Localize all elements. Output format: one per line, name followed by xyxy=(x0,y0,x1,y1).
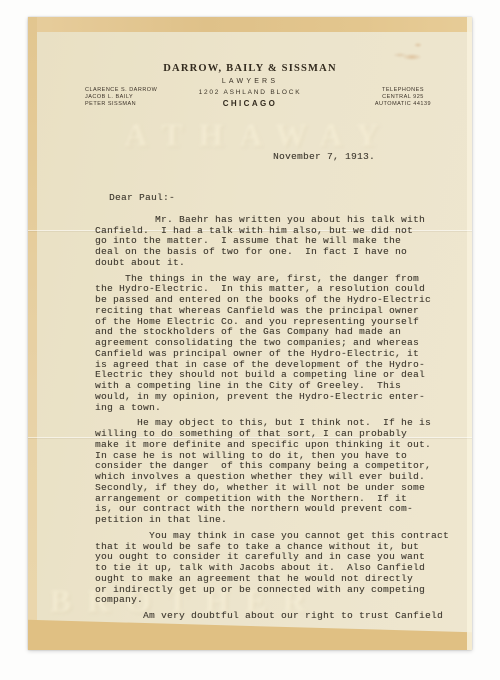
firm-name: DARROW, BAILY & SISSMAN xyxy=(28,63,472,74)
salutation: Dear Paul:- xyxy=(109,193,455,204)
ghost-watermark-upper: ATHAWAY xyxy=(38,117,472,154)
partner-name: CLARENCE S. DARROW xyxy=(85,87,157,94)
aged-top-edge xyxy=(28,17,472,32)
aged-left-edge xyxy=(28,17,37,650)
ink-smudge xyxy=(388,37,428,65)
telephones-heading: TELEPHONES xyxy=(353,87,453,94)
partner-name: PETER SISSMAN xyxy=(85,101,157,108)
paragraph: Mr. Baehr has written you about his talk… xyxy=(95,215,455,269)
letter-photograph: ATHAWAY BROTHER DARROW, BAILY & SISSMAN … xyxy=(0,0,500,680)
telephone-number: AUTOMATIC 44139 xyxy=(353,101,453,108)
practice-label: LAWYERS xyxy=(28,78,472,85)
paragraph: You may think in case you cannot get thi… xyxy=(95,531,455,606)
partner-name: JACOB L. BAILY xyxy=(85,94,157,101)
partners-list: CLARENCE S. DARROW JACOB L. BAILY PETER … xyxy=(85,87,157,108)
paper-right-edge-highlight xyxy=(467,17,472,650)
letter-body: Dear Paul:- Mr. Baehr has written you ab… xyxy=(95,193,455,627)
letter-date: November 7, 1913. xyxy=(273,151,375,162)
paragraph: The things in the way are, first, the da… xyxy=(95,274,455,414)
paragraph: He may object to this, but I think not. … xyxy=(95,418,455,526)
telephones-block: TELEPHONES CENTRAL 925 AUTOMATIC 44139 xyxy=(353,87,453,108)
telephone-number: CENTRAL 925 xyxy=(353,94,453,101)
paragraph: Am very doubtful about our right to trus… xyxy=(95,611,455,622)
letter-paper: ATHAWAY BROTHER DARROW, BAILY & SISSMAN … xyxy=(28,17,472,650)
